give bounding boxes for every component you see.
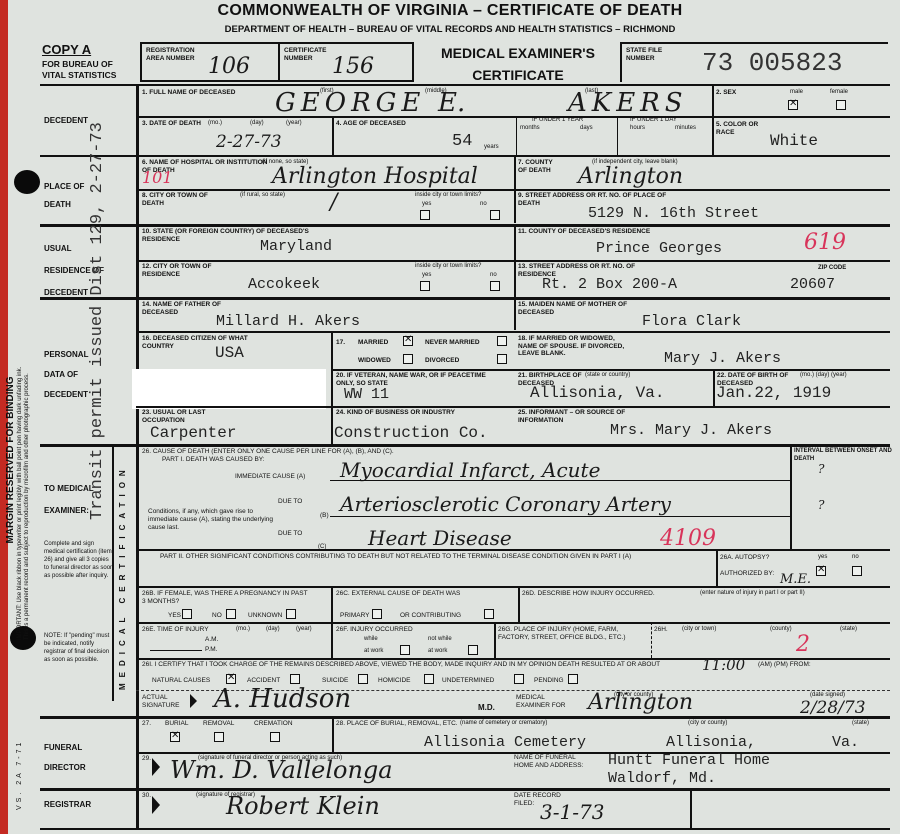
rule bbox=[40, 297, 890, 300]
last-name-value: AKERS bbox=[568, 88, 688, 118]
rule bbox=[331, 369, 890, 371]
race-value: White bbox=[770, 132, 818, 150]
time-line bbox=[150, 650, 202, 651]
f26d-note: (enter nature of injury in part I or par… bbox=[700, 590, 805, 598]
informant-value: Mrs. Mary J. Akers bbox=[610, 422, 772, 439]
inside-limits-yes-checkbox[interactable] bbox=[420, 210, 430, 220]
immediate-cause-value: Myocardial Infarct, Acute bbox=[340, 458, 600, 482]
never-married-checkbox[interactable] bbox=[497, 336, 507, 346]
rule bbox=[330, 516, 790, 517]
removal-checkbox[interactable] bbox=[214, 732, 224, 742]
mother-name-value: Flora Clark bbox=[642, 313, 741, 330]
rule bbox=[330, 480, 790, 481]
while-caption: while bbox=[364, 636, 378, 644]
injury-year-caption: (year) bbox=[296, 626, 312, 634]
f11-label: 11. COUNTY OF DECEASED'S RESIDENCE bbox=[518, 228, 838, 236]
occupation-value: Carpenter bbox=[150, 424, 236, 442]
father-name-value: Millard H. Akers bbox=[216, 313, 360, 330]
f23-label: 23. USUAL OR LAST OCCUPATION bbox=[142, 409, 222, 424]
months-caption: months bbox=[520, 125, 540, 133]
yes-caption: yes bbox=[422, 201, 431, 209]
male-caption: male bbox=[790, 89, 803, 97]
f8-note: (if rural, so state) bbox=[240, 192, 285, 200]
am-caption: A.M. bbox=[205, 636, 218, 644]
time-of-death-value: 11:00 bbox=[702, 656, 745, 674]
county-code-annotation: 619 bbox=[804, 230, 846, 255]
residence-limits-yes-checkbox[interactable] bbox=[420, 281, 430, 291]
f17-label: 17. bbox=[336, 339, 345, 347]
place-of-death-text: PLACE OF DEATH bbox=[44, 178, 94, 214]
f24-label: 24. KIND OF BUSINESS OR INDUSTRY bbox=[336, 409, 456, 417]
f20-label: 20. IF VETERAN, name war, or if peacetim… bbox=[336, 372, 496, 387]
due-to-2-label: DUE TO bbox=[278, 530, 302, 538]
county-residence-value: Prince Georges bbox=[596, 240, 722, 257]
autopsy-yes-checkbox[interactable] bbox=[816, 566, 826, 576]
divider bbox=[713, 370, 715, 406]
immediate-cause-label: IMMEDIATE CAUSE (A) bbox=[235, 473, 305, 481]
birthplace-value: Allisonia, Va. bbox=[530, 384, 664, 402]
rule bbox=[136, 658, 890, 660]
state-file-label: STATE FILE NUMBER bbox=[626, 47, 676, 62]
age-value: 54 bbox=[452, 132, 472, 151]
md-caption: M.D. bbox=[478, 704, 495, 712]
f30-label: 30. bbox=[142, 792, 151, 800]
day-caption: (day) bbox=[250, 120, 264, 128]
rule bbox=[40, 155, 890, 157]
year-caption: (year) bbox=[286, 120, 302, 128]
rule bbox=[136, 622, 890, 624]
divider bbox=[690, 790, 692, 828]
state-residence-value: Maryland bbox=[260, 238, 332, 255]
pm-caption: P.M. bbox=[205, 646, 218, 654]
f27-label: 27. bbox=[142, 720, 151, 728]
pregnancy-unknown-checkbox[interactable] bbox=[286, 609, 296, 619]
f29-label: 29. bbox=[142, 755, 151, 763]
registration-area-box: REGISTRATION AREA NUMBER 106 bbox=[140, 42, 280, 82]
yes-caption-2: yes bbox=[422, 272, 431, 280]
contributing-caption: or CONTRIBUTING bbox=[400, 612, 461, 620]
hospital-code-annotation: 101 bbox=[142, 168, 173, 187]
f8-label: 8. CITY OR TOWN OF DEATH bbox=[142, 192, 222, 207]
widowed-checkbox[interactable] bbox=[403, 354, 413, 364]
copy-for: FOR BUREAU OF VITAL STATISTICS bbox=[42, 59, 132, 81]
rule bbox=[136, 549, 890, 551]
rule-bottom bbox=[40, 828, 890, 830]
am-pm-caption: (AM) (PM) from: bbox=[758, 661, 811, 669]
under-year-caption: IF UNDER 1 YEAR bbox=[532, 117, 583, 125]
mo-caption: (mo.) bbox=[208, 120, 222, 128]
f3-label: 3. DATE OF DEATH bbox=[142, 120, 201, 128]
undetermined-checkbox[interactable] bbox=[514, 674, 524, 684]
injury-county-caption: (county) bbox=[770, 626, 792, 634]
at-work-caption: at work bbox=[364, 648, 383, 656]
section-place-of-death: PLACE OF DEATH bbox=[44, 178, 94, 214]
cemetery-value: Allisonia Cemetery bbox=[424, 734, 586, 751]
hours-caption: hours bbox=[630, 125, 645, 133]
divider bbox=[716, 550, 718, 586]
pregnancy-unknown-caption: unknown bbox=[248, 612, 282, 620]
f5-label: 5. COLOR OR RACE bbox=[716, 121, 776, 136]
rule bbox=[40, 224, 890, 227]
cremation-checkbox[interactable] bbox=[270, 732, 280, 742]
date-filed-value: 3-1-73 bbox=[540, 800, 604, 824]
department-subtitle: DEPARTMENT OF HEALTH – BUREAU OF VITAL R… bbox=[0, 24, 900, 35]
rule bbox=[136, 586, 890, 588]
cause-c-value: Heart Disease bbox=[368, 526, 512, 550]
f26d-label: 26d. DESCRIBE HOW INJURY OCCURRED. bbox=[522, 590, 655, 598]
pregnancy-yes-caption: yes bbox=[168, 612, 181, 620]
f26c-label: 26c. EXTERNAL CAUSE OF DEATH WAS bbox=[336, 590, 460, 598]
hospital-value: Arlington Hospital bbox=[272, 164, 478, 189]
copy-a: COPY A bbox=[42, 42, 132, 57]
f26e-label: 26e. TIME OF INJURY bbox=[142, 626, 209, 634]
rule bbox=[136, 189, 890, 191]
city-residence-value: Accokeek bbox=[248, 276, 320, 293]
cause-code-annotation: 4109 bbox=[660, 526, 716, 551]
married-caption: MARRIED bbox=[358, 339, 388, 347]
natural-causes-checkbox[interactable] bbox=[226, 674, 236, 684]
f18-label: 18. IF MARRIED OR WIDOWED, NAME OF SPOUS… bbox=[518, 335, 628, 358]
burial-caption: BURIAL bbox=[165, 720, 188, 728]
due-to-1-label: DUE TO bbox=[278, 498, 302, 506]
funeral-home-address: Waldorf, Md. bbox=[608, 770, 716, 787]
f4-label: 4. AGE OF DECEASED bbox=[336, 120, 406, 128]
margin-instruction-1: IMPORTANT: Use black ribbon in typewrite… bbox=[17, 240, 23, 640]
zip-caption: ZIP CODE bbox=[818, 265, 846, 273]
married-checkbox[interactable] bbox=[403, 336, 413, 346]
county-of-death-value: Arlington bbox=[578, 164, 683, 189]
primary-caption: PRIMARY bbox=[340, 612, 370, 620]
autopsy-yes-caption: yes bbox=[818, 554, 827, 562]
actual-signature-label: ACTUAL SIGNATURE bbox=[142, 694, 192, 709]
rule bbox=[136, 752, 890, 754]
inside-limits-no-checkbox[interactable] bbox=[490, 210, 500, 220]
authorized-by-label: AUTHORIZED BY: bbox=[720, 570, 780, 578]
section-funeral-director: FUNERAL DIRECTOR bbox=[44, 738, 114, 778]
female-caption: female bbox=[830, 89, 848, 97]
cremation-caption: CREMATION bbox=[254, 720, 293, 728]
burial-checkbox[interactable] bbox=[170, 732, 180, 742]
cemetery-caption: (name of cemetery or crematory) bbox=[460, 720, 547, 728]
pregnancy-no-checkbox[interactable] bbox=[226, 609, 236, 619]
transit-permit-annotation: Transit permit issued Dist 129, 2-27-73 bbox=[88, 122, 107, 520]
arrow-icon bbox=[152, 758, 160, 776]
injury-day-caption: (day) bbox=[266, 626, 280, 634]
spouse-name-value: Mary J. Akers bbox=[664, 350, 781, 367]
instructions-note: Complete and sign medical certification … bbox=[44, 540, 114, 580]
interval-label: INTERVAL BETWEEN ONSET AND DEATH bbox=[794, 448, 894, 463]
place-of-death-address-value: 5129 N. 16th Street bbox=[588, 205, 759, 222]
never-married-caption: NEVER MARRIED bbox=[425, 339, 480, 347]
injury-state-caption: (state) bbox=[840, 626, 857, 634]
registrar-signature: Robert Klein bbox=[226, 792, 380, 820]
section-medical-certification: MEDICAL CERTIFICATION bbox=[118, 464, 127, 690]
autopsy-no-checkbox[interactable] bbox=[852, 566, 862, 576]
cause-b-marker: (B) bbox=[320, 512, 329, 520]
rule-top bbox=[40, 84, 890, 86]
divider bbox=[514, 225, 516, 330]
margin-instruction-2: This is a permanent record and subject t… bbox=[24, 240, 30, 640]
state-file-value: 73 005823 bbox=[702, 48, 842, 78]
natural-causes-caption: NATURAL CAUSES bbox=[152, 677, 210, 685]
funeral-home-label: NAME OF FUNERAL HOME AND ADDRESS: bbox=[514, 754, 584, 769]
margin-binding-title: MARGIN RESERVED FOR BINDING bbox=[5, 280, 16, 640]
form-code: VS. 2A 7-71 bbox=[16, 740, 23, 810]
no-caption: no bbox=[480, 201, 487, 209]
no-caption-2: no bbox=[490, 272, 497, 280]
pending-note: NOTE: If "pending" must be indicated, no… bbox=[44, 632, 112, 664]
rule bbox=[136, 116, 890, 118]
suicide-checkbox[interactable] bbox=[358, 674, 368, 684]
not-while-at-work-checkbox[interactable] bbox=[468, 645, 478, 655]
conditions-note: Conditions, if any, which gave rise to i… bbox=[148, 508, 280, 532]
cause-b-value: Arteriosclerotic Coronary Artery bbox=[340, 492, 671, 516]
examiner-for-value: Arlington bbox=[588, 690, 693, 715]
redacted-field bbox=[132, 369, 326, 409]
rule bbox=[40, 716, 890, 719]
f26h-label: 26h. bbox=[654, 626, 668, 634]
f1-label: 1. FULL NAME OF DECEASED bbox=[142, 89, 252, 97]
contributing-checkbox[interactable] bbox=[484, 609, 494, 619]
certificate-number-box: CERTIFICATE NUMBER 156 bbox=[278, 42, 414, 82]
under-day-caption: IF UNDER 1 DAY bbox=[630, 117, 677, 125]
certificate-number-label: CERTIFICATE NUMBER bbox=[284, 47, 334, 62]
f28-label: 28. PLACE OF BURIAL, REMOVAL, ETC. bbox=[336, 720, 458, 728]
not-at-work-caption: at work bbox=[428, 648, 447, 656]
not-while-caption: not while bbox=[428, 636, 452, 644]
f21-note: (state or country) bbox=[585, 372, 630, 380]
pending-checkbox[interactable] bbox=[568, 674, 578, 684]
f26f-label: 26f. INJURY OCCURRED bbox=[336, 626, 413, 634]
divorced-caption: DIVORCED bbox=[425, 357, 459, 365]
f26i-label: 26i. I CERTIFY that I took charge of the… bbox=[142, 661, 702, 669]
citizen-value: USA bbox=[215, 344, 244, 362]
f15-label: 15. MAIDEN NAME OF MOTHER OF DECEASED bbox=[518, 301, 638, 316]
homicide-checkbox[interactable] bbox=[424, 674, 434, 684]
registration-area-value: 106 bbox=[208, 54, 250, 79]
divider bbox=[331, 332, 333, 444]
divider bbox=[332, 717, 334, 753]
burial-state-value: Va. bbox=[832, 734, 859, 751]
divider bbox=[712, 84, 714, 156]
date-of-death-value: 2-27-73 bbox=[216, 132, 282, 152]
examiner-signature: A. Hudson bbox=[214, 684, 351, 714]
copy-label: COPY A FOR BUREAU OF VITAL STATISTICS bbox=[42, 42, 132, 81]
funeral-home-name: Huntt Funeral Home bbox=[608, 752, 770, 769]
accident-checkbox[interactable] bbox=[290, 674, 300, 684]
authorized-by-value: M.E. bbox=[780, 572, 811, 587]
injury-code-annotation: 2 bbox=[796, 632, 810, 657]
business-value: Construction Co. bbox=[334, 424, 488, 442]
homicide-caption: HOMICIDE bbox=[378, 677, 411, 685]
f26a-label: 26a. AUTOPSY? bbox=[720, 554, 769, 562]
veteran-value: WW 11 bbox=[344, 386, 389, 403]
while-at-work-checkbox[interactable] bbox=[400, 645, 410, 655]
rule bbox=[136, 331, 890, 333]
part1-label: PART I. DEATH WAS CAUSED BY: bbox=[162, 456, 265, 464]
rule bbox=[40, 444, 890, 447]
widowed-caption: WIDOWED bbox=[358, 357, 391, 365]
burial-city-caption: (city or county) bbox=[688, 720, 727, 728]
date-signed-value: 2/28/73 bbox=[800, 698, 866, 718]
part2-label: PART II. OTHER SIGNIFICANT CONDITIONS CO… bbox=[160, 553, 650, 561]
divider bbox=[332, 116, 334, 156]
pregnancy-no-caption: no bbox=[212, 612, 222, 620]
f12-label: 12. CITY OR TOWN OF RESIDENCE bbox=[142, 263, 227, 278]
divorced-checkbox[interactable] bbox=[497, 354, 507, 364]
city-of-death-value: / bbox=[330, 190, 337, 215]
divider bbox=[518, 586, 520, 622]
pregnancy-yes-checkbox[interactable] bbox=[182, 609, 192, 619]
arrow-icon bbox=[152, 796, 160, 814]
residence-limits-no-checkbox[interactable] bbox=[490, 281, 500, 291]
residence-address-value: Rt. 2 Box 200-A bbox=[542, 276, 677, 293]
female-checkbox[interactable] bbox=[836, 100, 846, 110]
binding-hole bbox=[14, 170, 40, 194]
burial-state-caption: (state) bbox=[852, 720, 869, 728]
middle-name-value: E. bbox=[438, 88, 465, 118]
pending-caption: PENDING bbox=[534, 677, 564, 685]
f26b-label: 26b. IF FEMALE, WAS THERE A PREGNANCY IN… bbox=[142, 590, 312, 605]
divider bbox=[516, 116, 517, 156]
rule bbox=[136, 260, 890, 262]
f7-label: 7. COUNTY OF DEATH bbox=[518, 159, 558, 174]
divider bbox=[617, 116, 618, 156]
limits-caption-2: inside city or town limits? bbox=[415, 263, 481, 271]
f26g-label: 26g. PLACE OF INJURY (home, farm, factor… bbox=[498, 626, 648, 641]
divider bbox=[651, 622, 653, 658]
date-of-birth-value: Jan.22, 1919 bbox=[716, 384, 831, 402]
autopsy-no-caption: no bbox=[852, 554, 859, 562]
section-registrar: REGISTRAR bbox=[44, 800, 91, 809]
rule bbox=[40, 788, 890, 791]
removal-caption: REMOVAL bbox=[203, 720, 234, 728]
f22-note: (mo.) (day) (year) bbox=[800, 372, 847, 380]
arrow-icon bbox=[190, 694, 197, 708]
burial-city-value: Allisonia, bbox=[666, 734, 756, 751]
male-checkbox[interactable] bbox=[788, 100, 798, 110]
certificate-title: COMMONWEALTH OF VIRGINIA – CERTIFICATE O… bbox=[0, 2, 900, 20]
f2-label: 2. SEX bbox=[716, 89, 736, 97]
certificate-number-value: 156 bbox=[332, 54, 374, 79]
section-decedent: DECEDENT bbox=[44, 116, 88, 125]
injury-mo-caption: (mo.) bbox=[236, 626, 250, 634]
zip-value: 20607 bbox=[790, 276, 835, 293]
divider bbox=[494, 622, 496, 658]
primary-checkbox[interactable] bbox=[372, 609, 382, 619]
state-file-box: STATE FILE NUMBER 73 005823 bbox=[620, 42, 888, 82]
examiner-for-label: MEDICAL EXAMINER FOR bbox=[516, 694, 576, 709]
interval-b-value: ? bbox=[818, 498, 824, 512]
undetermined-caption: UNDETERMINED bbox=[442, 677, 494, 685]
form-type-title: MEDICAL EXAMINER'S CERTIFICATE bbox=[418, 42, 618, 86]
injury-city-caption: (city or town) bbox=[682, 626, 716, 634]
days-caption: days bbox=[580, 125, 593, 133]
first-name-value: GEORGE bbox=[275, 88, 425, 118]
funeral-director-signature: Wm. D. Vallelonga bbox=[170, 756, 393, 784]
limits-caption: inside city or town limits? bbox=[415, 192, 481, 200]
interval-a-value: ? bbox=[818, 462, 824, 476]
f26-label: 26. CAUSE OF DEATH (Enter only one cause… bbox=[142, 448, 562, 456]
divider bbox=[112, 446, 114, 701]
divider bbox=[790, 446, 792, 550]
minutes-caption: minutes bbox=[675, 125, 696, 133]
registration-area-label: REGISTRATION AREA NUMBER bbox=[146, 47, 206, 62]
years-caption: years bbox=[484, 144, 499, 152]
rule bbox=[136, 406, 890, 408]
